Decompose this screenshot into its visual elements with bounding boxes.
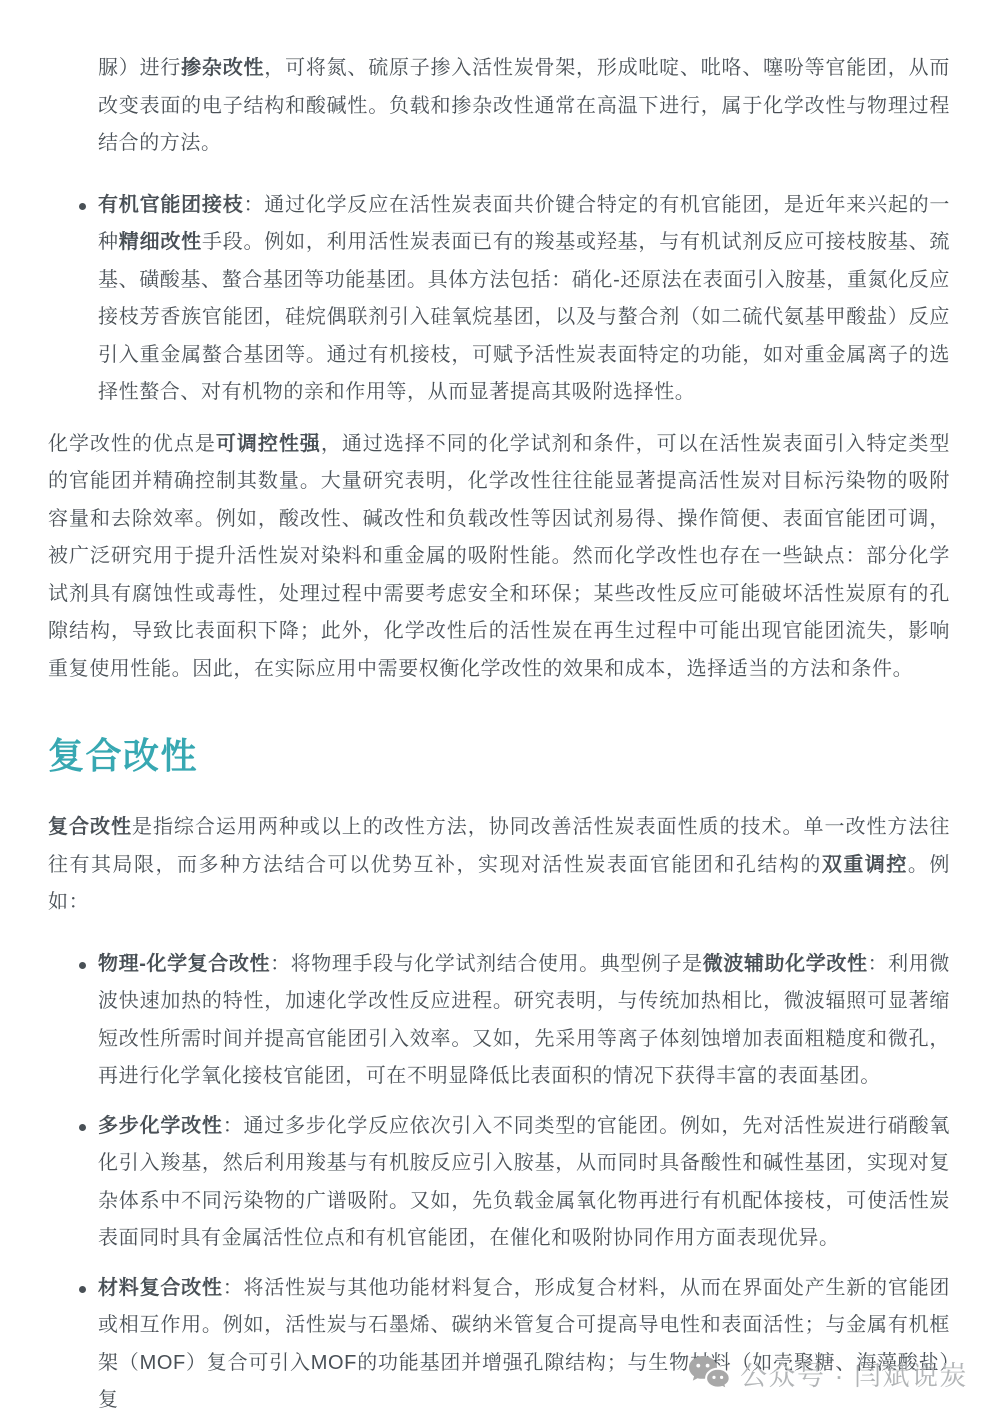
- bullet-item: 有机官能团接枝：通过化学反应在活性炭表面共价键合特定的有机官能团，是近年来兴起的…: [48, 187, 950, 412]
- watermark: 公众号 · 闫斌说炭: [688, 1354, 968, 1393]
- watermark-label: 公众号 · 闫斌说炭: [740, 1354, 968, 1393]
- wechat-logo-icon: [688, 1355, 730, 1393]
- text-run: 是指综合运用两种或以上的改性方法，协同改善活性炭表面性质的技术。单一改性方法往往…: [48, 816, 950, 876]
- bullet-list: 有机官能团接枝：通过化学反应在活性炭表面共价键合特定的有机官能团，是近年来兴起的…: [48, 187, 950, 412]
- bold-text: 有机官能团接枝: [98, 194, 244, 216]
- document-body: 脲）进行掺杂改性，可将氮、硫原子掺入活性炭骨架，形成吡啶、吡咯、噻吩等官能团，从…: [48, 50, 950, 1415]
- paragraph: 复合改性是指综合运用两种或以上的改性方法，协同改善活性炭表面性质的技术。单一改性…: [48, 809, 950, 922]
- bullet-item: 物理-化学复合改性：将物理手段与化学试剂结合使用。典型例子是微波辅助化学改性：利…: [48, 946, 950, 1096]
- text-run: 脲）进行: [98, 57, 181, 79]
- text-run: ：通过多步化学反应依次引入不同类型的官能团。例如，先对活性炭进行硝酸氧化引入羧基…: [98, 1115, 950, 1250]
- bullet-list: 物理-化学复合改性：将物理手段与化学试剂结合使用。典型例子是微波辅助化学改性：利…: [48, 946, 950, 1415]
- article-page: 脲）进行掺杂改性，可将氮、硫原子掺入活性炭骨架，形成吡啶、吡咯、噻吩等官能团，从…: [0, 0, 1000, 1415]
- text-run: 化学改性的优点是: [48, 433, 216, 455]
- bold-text: 微波辅助化学改性: [703, 953, 868, 975]
- paragraph: 化学改性的优点是可调控性强，通过选择不同的化学试剂和条件，可以在活性炭表面引入特…: [48, 426, 950, 689]
- bold-text: 多步化学改性: [98, 1115, 223, 1137]
- bullet-item: 材料复合改性：将活性炭与其他功能材料复合，形成复合材料，从而在界面处产生新的官能…: [48, 1270, 950, 1415]
- continuation-paragraph: 脲）进行掺杂改性，可将氮、硫原子掺入活性炭骨架，形成吡啶、吡咯、噻吩等官能团，从…: [98, 50, 950, 163]
- bold-text: 精细改性: [119, 231, 202, 253]
- section-heading: 复合改性: [48, 734, 950, 777]
- bold-text: 材料复合改性: [98, 1277, 223, 1299]
- bold-text: 物理-化学复合改性: [98, 953, 270, 975]
- text-run: 手段。例如，利用活性炭表面已有的羧基或羟基，与有机试剂反应可接枝胺基、巯基、磺酸…: [98, 231, 950, 403]
- bold-text: 双重调控: [822, 854, 908, 876]
- bullet-item: 多步化学改性：通过多步化学反应依次引入不同类型的官能团。例如，先对活性炭进行硝酸…: [48, 1108, 950, 1258]
- bold-text: 复合改性: [48, 816, 132, 838]
- text-run: ，通过选择不同的化学试剂和条件，可以在活性炭表面引入特定类型的官能团并精确控制其…: [48, 433, 950, 680]
- bold-text: 掺杂改性: [181, 57, 264, 79]
- text-run: ：将物理手段与化学试剂结合使用。典型例子是: [270, 953, 703, 975]
- bold-text: 可调控性强: [216, 433, 321, 455]
